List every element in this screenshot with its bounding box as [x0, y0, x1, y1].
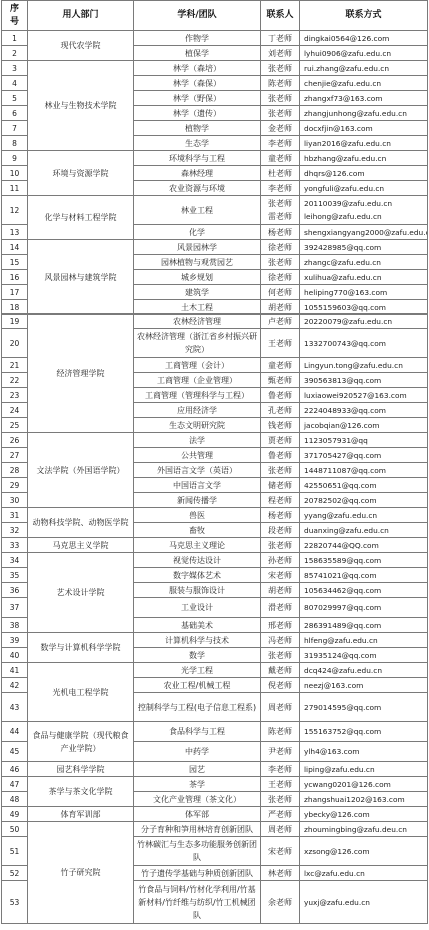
contact-person: 李老师	[261, 136, 300, 151]
contact-person: 张老师	[261, 463, 300, 478]
contact-email[interactable]: 1123057931@qq	[300, 433, 428, 448]
contact-person-line: 雷老师	[263, 210, 297, 223]
subject-cell: 应用经济学	[134, 403, 261, 418]
row-number: 19	[2, 314, 28, 329]
table-row: 1现代农学院作物学丁老师dingkai0564@126.com	[2, 31, 428, 46]
contact-email[interactable]: chenjie@zafu.edu.cn	[300, 76, 428, 91]
table-row: 31动物科技学院、动物医学院兽医杨老师yyang@zafu.edu.cn	[2, 508, 428, 523]
contact-person: 戴老师	[261, 663, 300, 678]
subject-cell: 竹子遗传学基础与种质创新团队	[134, 866, 261, 881]
table-row: 12化学与材料工程学院林业工程张老师雷老师20110039@zafu.edu.c…	[2, 196, 428, 225]
header-cell: 联系人	[261, 1, 300, 31]
contact-person: 何老师	[261, 285, 300, 300]
contact-person: 张老师	[261, 792, 300, 807]
table-segment: 序号用人部门学科/团队联系人联系方式1现代农学院作物学丁老师dingkai056…	[1, 0, 428, 315]
subject-cell: 林业工程	[134, 196, 261, 225]
contact-person: 丁老师	[261, 31, 300, 46]
department-cell: 光机电工程学院	[28, 663, 134, 722]
contact-email[interactable]: lxc@zafu.edu.cn	[300, 866, 428, 881]
subject-cell: 数字媒体艺术	[134, 568, 261, 583]
subject-cell: 中国语言文学	[134, 478, 261, 493]
header-cell: 联系方式	[300, 1, 428, 31]
subject-cell: 工商管理（管理科学与工程）	[134, 388, 261, 403]
row-number: 48	[2, 792, 28, 807]
contact-person: 刘老师	[261, 46, 300, 61]
subject-cell: 法学	[134, 433, 261, 448]
subject-cell: 园艺	[134, 762, 261, 777]
contact-email[interactable]: ycwang0201@126.com	[300, 777, 428, 792]
department-cell: 马克思主义学院	[28, 538, 134, 553]
contact-person: 徐老师	[261, 270, 300, 285]
contact-email[interactable]: ylh4@163.com	[300, 742, 428, 762]
subject-cell: 基础美术	[134, 618, 261, 633]
row-number: 30	[2, 493, 28, 508]
row-number: 36	[2, 583, 28, 598]
row-number: 21	[2, 358, 28, 373]
table-row: 39数学与计算机科学学院计算机科学与技术冯老师hlfeng@zafu.edu.c…	[2, 633, 428, 648]
contact-email[interactable]: 20782502@qq.com	[300, 493, 428, 508]
contact-email[interactable]: liyan2016@zafu.edu.cn	[300, 136, 428, 151]
subject-cell: 新闻传播学	[134, 493, 261, 508]
subject-cell: 马克思主义理论	[134, 538, 261, 553]
row-number: 5	[2, 91, 28, 106]
row-number: 23	[2, 388, 28, 403]
row-number: 28	[2, 463, 28, 478]
row-number: 46	[2, 762, 28, 777]
subject-cell: 植保学	[134, 46, 261, 61]
department-cell: 环境与资源学院	[28, 151, 134, 196]
department-cell: 林业与生物技术学院	[28, 61, 134, 151]
contact-person: 滑老师	[261, 598, 300, 618]
contact-person: 金老师	[261, 121, 300, 136]
contact-email[interactable]: 392428985@qq.com	[300, 240, 428, 255]
row-number: 29	[2, 478, 28, 493]
table-row: 14风景园林与建筑学院风景园林学徐老师392428985@qq.com	[2, 240, 428, 255]
subject-cell: 园林植物与观赏园艺	[134, 255, 261, 270]
contact-email[interactable]: 105634462@qq.com	[300, 583, 428, 598]
contact-person: 张老师	[261, 106, 300, 121]
subject-cell: 工业设计	[134, 598, 261, 618]
contact-email[interactable]: yyang@zafu.edu.cn	[300, 508, 428, 523]
table-row: 33马克思主义学院马克思主义理论张老师22820744@QQ.com	[2, 538, 428, 553]
contact-person: 甄老师	[261, 373, 300, 388]
contact-email[interactable]: 85741021@qq.com	[300, 568, 428, 583]
row-number: 52	[2, 866, 28, 881]
contact-person: 邢老师	[261, 618, 300, 633]
department-cell: 艺术设计学院	[28, 553, 134, 633]
contact-email[interactable]: shengxiangyang2000@zafu.edu.cn	[300, 225, 428, 240]
department-cell: 化学与材料工程学院	[28, 196, 134, 240]
subject-cell: 森林经理	[134, 166, 261, 181]
subject-cell: 控制科学与工程(电子信息工程系)	[134, 693, 261, 722]
row-number: 42	[2, 678, 28, 693]
subject-cell: 植物学	[134, 121, 261, 136]
contact-person: 林老师	[261, 866, 300, 881]
subject-cell: 工商管理（企业管理）	[134, 373, 261, 388]
contact-person: 宋老师	[261, 837, 300, 866]
row-number: 40	[2, 648, 28, 663]
contact-person: 胡老师	[261, 583, 300, 598]
subject-cell: 畜牧	[134, 523, 261, 538]
row-number: 20	[2, 329, 28, 358]
department-cell: 体育军训部	[28, 807, 134, 822]
subject-cell: 林学（森保）	[134, 76, 261, 91]
contact-person: 宋老师	[261, 568, 300, 583]
subject-cell: 工商管理（会计）	[134, 358, 261, 373]
contact-email[interactable]: 371705427@qq.com	[300, 448, 428, 463]
row-number: 16	[2, 270, 28, 285]
subject-cell: 计算机科学与技术	[134, 633, 261, 648]
row-number: 10	[2, 166, 28, 181]
contact-email[interactable]: 279014595@qq.com	[300, 693, 428, 722]
contact-email[interactable]: hlfeng@zafu.edu.cn	[300, 633, 428, 648]
subject-cell: 视觉传达设计	[134, 553, 261, 568]
row-number: 17	[2, 285, 28, 300]
row-number: 9	[2, 151, 28, 166]
subject-cell: 林学（森培）	[134, 61, 261, 76]
department-cell: 食品与健康学院（现代粮食产业学院）	[28, 722, 134, 762]
contact-person: 陈老师	[261, 76, 300, 91]
contact-email[interactable]: 42550651@qq.com	[300, 478, 428, 493]
contact-email-line[interactable]: leihong@zafu.edu.cn	[304, 210, 425, 223]
row-number: 47	[2, 777, 28, 792]
contact-person: 鲁老师	[261, 448, 300, 463]
contact-email-line[interactable]: 20110039@zafu.edu.cn	[304, 197, 425, 210]
department-cell: 动物科技学院、动物医学院	[28, 508, 134, 538]
subject-cell: 文化产业管理（茶文化）	[134, 792, 261, 807]
contact-person: 杜老师	[261, 166, 300, 181]
row-number: 12	[2, 196, 28, 225]
header-index-line: 序	[4, 3, 25, 16]
table-segment: 19经济管理学院农林经济管理卢老师20220079@zafu.edu.cn20农…	[1, 313, 428, 663]
contact-person: 贾老师	[261, 433, 300, 448]
contact-person: 张老师	[261, 538, 300, 553]
contact-email[interactable]: 1332700743@qq.com	[300, 329, 428, 358]
row-number: 1	[2, 31, 28, 46]
contact-person: 张老师	[261, 91, 300, 106]
header-row: 序号用人部门学科/团队联系人联系方式	[2, 1, 428, 31]
table-row: 41光机电工程学院光学工程戴老师dcq424@zafu.edu.cn	[2, 663, 428, 678]
subject-cell: 建筑学	[134, 285, 261, 300]
subject-cell: 竹食品与饲料/竹材化学利用/竹基新材料/竹纤维与纺织/竹工机械团队	[134, 881, 261, 924]
table-row: 3林业与生物技术学院林学（森培）张老师rui.zhang@zafu.edu.cn	[2, 61, 428, 76]
subject-cell: 食品科学与工程	[134, 722, 261, 742]
contact-email[interactable]: luxiaowei920527@163.com	[300, 388, 428, 403]
contact-email[interactable]: 155163752@qq.com	[300, 722, 428, 742]
subject-cell: 光学工程	[134, 663, 261, 678]
subject-cell: 化学	[134, 225, 261, 240]
contact-email[interactable]: heliping770@163.com	[300, 285, 428, 300]
row-number: 15	[2, 255, 28, 270]
row-number: 8	[2, 136, 28, 151]
subject-cell: 分子育种和笋用林培育创新团队	[134, 822, 261, 837]
row-number: 26	[2, 433, 28, 448]
subject-cell: 生态文明研究院	[134, 418, 261, 433]
contact-email[interactable]: liping@zafu.edu.cn	[300, 762, 428, 777]
contact-person: 孙老师	[261, 553, 300, 568]
row-number: 39	[2, 633, 28, 648]
contact-person: 童老师	[261, 151, 300, 166]
contact-person: 王老师	[261, 777, 300, 792]
contact-email[interactable]: 158635589@qq.com	[300, 553, 428, 568]
department-cell: 数学与计算机科学学院	[28, 633, 134, 663]
contact-person: 王老师	[261, 329, 300, 358]
row-number: 22	[2, 373, 28, 388]
contact-person: 鲁老师	[261, 388, 300, 403]
table-row: 26文法学院（外国语学院）法学贾老师1123057931@qq	[2, 433, 428, 448]
header-cell: 用人部门	[28, 1, 134, 31]
contact-email[interactable]: dingkai0564@126.com	[300, 31, 428, 46]
department-cell: 风景园林与建筑学院	[28, 240, 134, 315]
contact-person: 余老师	[261, 881, 300, 924]
subject-cell: 服装与服饰设计	[134, 583, 261, 598]
subject-cell: 体军部	[134, 807, 261, 822]
contact-person: 段老师	[261, 523, 300, 538]
contact-person: 李老师	[261, 181, 300, 196]
subject-cell: 林学（野保）	[134, 91, 261, 106]
contact-person: 杨老师	[261, 225, 300, 240]
contact-email[interactable]: jacobqian@126.com	[300, 418, 428, 433]
contact-email[interactable]: 1448711087@qq.com	[300, 463, 428, 478]
subject-cell: 茶学	[134, 777, 261, 792]
contact-person: 冯老师	[261, 633, 300, 648]
table-row: 50竹子研究院分子育种和笋用林培育创新团队周老师zhoumingbing@zaf…	[2, 822, 428, 837]
contact-email[interactable]: Lingyun.tong@zafu.edu.cn	[300, 358, 428, 373]
subject-cell: 林学（遗传）	[134, 106, 261, 121]
contact-email[interactable]: lyhui0906@zafu.edu.cn	[300, 46, 428, 61]
row-number: 37	[2, 598, 28, 618]
row-number: 31	[2, 508, 28, 523]
contact-email[interactable]: docxfjin@163.com	[300, 121, 428, 136]
contact-person: 童老师	[261, 358, 300, 373]
contact-email[interactable]: ybecky@126.com	[300, 807, 428, 822]
row-number: 35	[2, 568, 28, 583]
department-cell: 竹子研究院	[28, 822, 134, 924]
row-number: 27	[2, 448, 28, 463]
contact-person: 孔老师	[261, 403, 300, 418]
subject-cell: 城乡规划	[134, 270, 261, 285]
contact-person: 卢老师	[261, 314, 300, 329]
subject-cell: 农林经济管理	[134, 314, 261, 329]
contact-email[interactable]: hbzhang@zafu.edu.cn	[300, 151, 428, 166]
contact-person: 严老师	[261, 807, 300, 822]
subject-cell: 公共管理	[134, 448, 261, 463]
contact-email[interactable]: zhangc@zafu.edu.cn	[300, 255, 428, 270]
row-number: 3	[2, 61, 28, 76]
contact-email[interactable]: 2224048933@qq.com	[300, 403, 428, 418]
contact-email[interactable]: 22820744@QQ.com	[300, 538, 428, 553]
contact-person: 李老师	[261, 762, 300, 777]
department-cell: 园艺科学学院	[28, 762, 134, 777]
row-number: 6	[2, 106, 28, 121]
row-number: 2	[2, 46, 28, 61]
contact-email[interactable]: zhangjunhong@zafu.edu.cn	[300, 106, 428, 121]
contact-email[interactable]: 286391489@qq.com	[300, 618, 428, 633]
subject-cell: 兽医	[134, 508, 261, 523]
contact-email[interactable]: zhangxf73@163.com	[300, 91, 428, 106]
table-segment: 41光机电工程学院光学工程戴老师dcq424@zafu.edu.cn42农业工程…	[1, 662, 428, 924]
subject-cell: 作物学	[134, 31, 261, 46]
subject-cell: 竹林碳汇与生态多功能服务创新团队	[134, 837, 261, 866]
table-row: 49体育军训部体军部严老师ybecky@126.com	[2, 807, 428, 822]
contact-email[interactable]: 20220079@zafu.edu.cn	[300, 314, 428, 329]
contact-email[interactable]: duanxing@zafu.edu.cn	[300, 523, 428, 538]
row-number: 24	[2, 403, 28, 418]
subject-cell: 生态学	[134, 136, 261, 151]
table-row: 9环境与资源学院环境科学与工程童老师hbzhang@zafu.edu.cn	[2, 151, 428, 166]
contact-person: 张老师	[261, 255, 300, 270]
table-row: 19经济管理学院农林经济管理卢老师20220079@zafu.edu.cn	[2, 314, 428, 329]
contact-person: 钱老师	[261, 418, 300, 433]
row-number: 7	[2, 121, 28, 136]
row-number: 49	[2, 807, 28, 822]
contact-person: 张老师雷老师	[261, 196, 300, 225]
contact-email[interactable]: xzsong@126.com	[300, 837, 428, 866]
contact-email[interactable]: xulihua@zafu.edu.cn	[300, 270, 428, 285]
row-number: 25	[2, 418, 28, 433]
contact-email[interactable]: dhqrs@126.com	[300, 166, 428, 181]
subject-cell: 农林经济管理（浙江省乡村振兴研究院）	[134, 329, 261, 358]
table-row: 44食品与健康学院（现代粮食产业学院）食品科学与工程陈老师155163752@q…	[2, 722, 428, 742]
department-cell: 现代农学院	[28, 31, 134, 61]
table-row: 47茶学与茶文化学院茶学王老师ycwang0201@126.com	[2, 777, 428, 792]
subject-cell: 环境科学与工程	[134, 151, 261, 166]
row-number: 33	[2, 538, 28, 553]
contact-person: 倪老师	[261, 678, 300, 693]
contact-person: 程老师	[261, 493, 300, 508]
row-number: 44	[2, 722, 28, 742]
contact-email[interactable]: 390563813@qq.com	[300, 373, 428, 388]
row-number: 11	[2, 181, 28, 196]
header-index-line: 号	[4, 16, 25, 29]
subject-cell: 外国语言文学（英语）	[134, 463, 261, 478]
contact-person: 周老师	[261, 822, 300, 837]
row-number: 34	[2, 553, 28, 568]
contact-person: 杨老师	[261, 508, 300, 523]
row-number: 4	[2, 76, 28, 91]
contact-email[interactable]: zhangshuai1202@163.com	[300, 792, 428, 807]
contact-email[interactable]: 31935124@qq.com	[300, 648, 428, 663]
row-number: 45	[2, 742, 28, 762]
row-number: 53	[2, 881, 28, 924]
header-index: 序号	[2, 1, 28, 31]
row-number: 41	[2, 663, 28, 678]
contact-email[interactable]: yongfuli@zafu.edu.cn	[300, 181, 428, 196]
contact-email[interactable]: dcq424@zafu.edu.cn	[300, 663, 428, 678]
subject-cell: 风景园林学	[134, 240, 261, 255]
contact-email[interactable]: 807029997@qq.com	[300, 598, 428, 618]
row-number: 13	[2, 225, 28, 240]
row-number: 43	[2, 693, 28, 722]
contact-person: 尹老师	[261, 742, 300, 762]
contact-person: 徐老师	[261, 240, 300, 255]
department-cell: 经济管理学院	[28, 314, 134, 433]
contact-email[interactable]: neezj@163.com	[300, 678, 428, 693]
row-number: 51	[2, 837, 28, 866]
subject-cell: 农业资源与环境	[134, 181, 261, 196]
row-number: 38	[2, 618, 28, 633]
contact-email[interactable]: yuxj@zafu.edu.cn	[300, 881, 428, 924]
contact-person-line: 张老师	[263, 197, 297, 210]
contact-email[interactable]: rui.zhang@zafu.edu.cn	[300, 61, 428, 76]
subject-cell: 数学	[134, 648, 261, 663]
contact-person: 张老师	[261, 61, 300, 76]
contact-person: 陈老师	[261, 722, 300, 742]
contact-email[interactable]: zhoumingbing@zafu.deu.cn	[300, 822, 428, 837]
contact-person: 周老师	[261, 693, 300, 722]
table-row: 46园艺科学学院园艺李老师liping@zafu.edu.cn	[2, 762, 428, 777]
row-number: 50	[2, 822, 28, 837]
header-cell: 学科/团队	[134, 1, 261, 31]
contact-email[interactable]: 20110039@zafu.edu.cnleihong@zafu.edu.cn	[300, 196, 428, 225]
department-cell: 茶学与茶文化学院	[28, 777, 134, 807]
table-row: 34艺术设计学院视觉传达设计孙老师158635589@qq.com	[2, 553, 428, 568]
contact-person: 张老师	[261, 648, 300, 663]
contact-person: 储老师	[261, 478, 300, 493]
subject-cell: 中药学	[134, 742, 261, 762]
row-number: 14	[2, 240, 28, 255]
subject-cell: 农业工程/机械工程	[134, 678, 261, 693]
row-number: 32	[2, 523, 28, 538]
department-cell: 文法学院（外国语学院）	[28, 433, 134, 508]
